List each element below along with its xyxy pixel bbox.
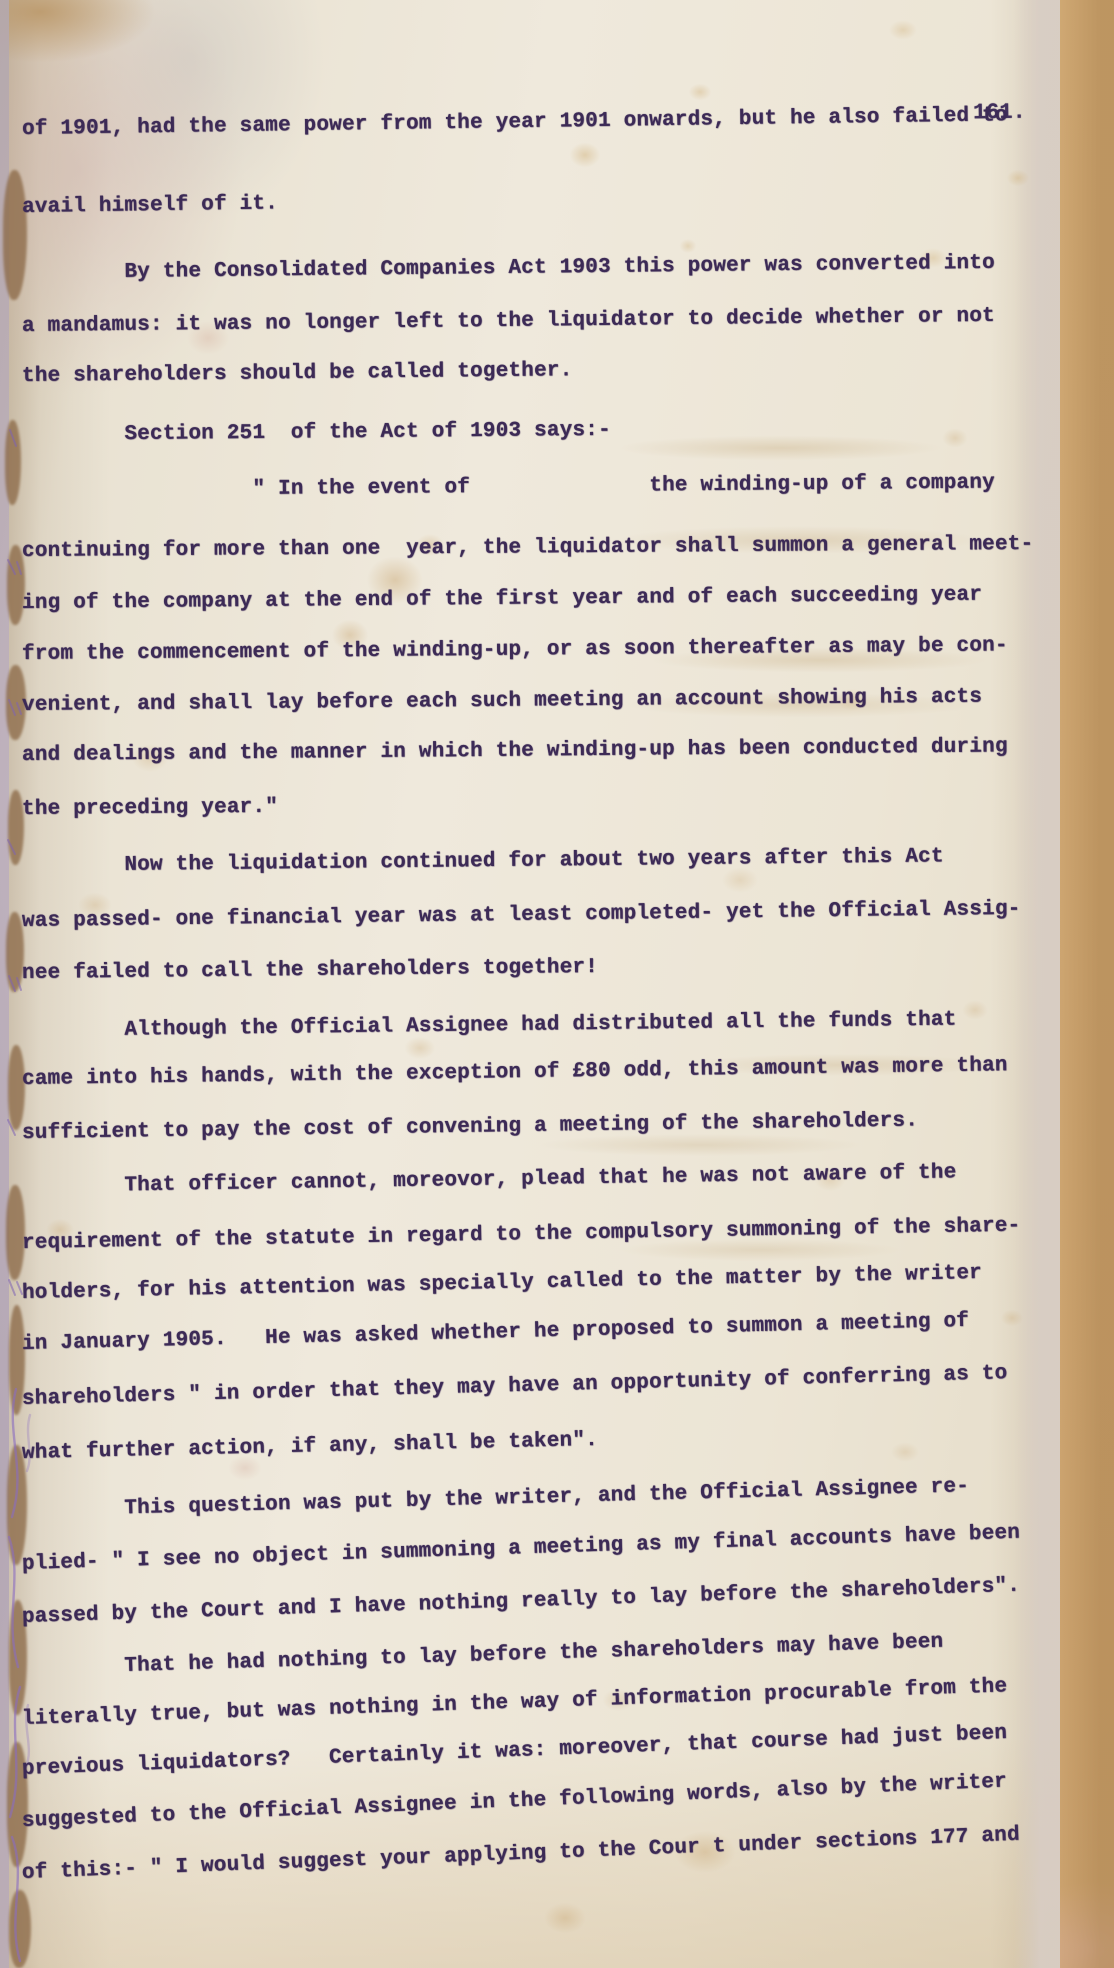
typewritten-line: Section 251 of the Act of 1903 says:- xyxy=(22,419,611,447)
typewritten-line: nee failed to call the shareholders toge… xyxy=(22,956,598,985)
typewritten-line: That he had nothing to lay before the sh… xyxy=(22,1631,944,1681)
typewritten-line: a mandamus: it was no longer left to the… xyxy=(22,305,995,338)
document-page: 161. of 1901, had the same power from th… xyxy=(0,0,1060,1968)
typewritten-line: sufficient to pay the cost of convening … xyxy=(22,1109,918,1145)
typewritten-line: was passed- one financial year was at le… xyxy=(22,898,1021,933)
tear-mark xyxy=(9,1890,31,1968)
typewritten-line: requirement of the statute in regard to … xyxy=(22,1215,1021,1255)
typewritten-line: of 1901, had the same power from the yea… xyxy=(22,104,1008,141)
typewritten-line: venient, and shall lay before each such … xyxy=(22,686,982,717)
typewritten-line: previous liquidators? Certainly it was: … xyxy=(22,1722,1008,1781)
tear-mark xyxy=(5,420,21,505)
typewritten-line: That officer cannot, moreovor, plead tha… xyxy=(22,1161,957,1199)
typewritten-line: shareholders " in order that they may ha… xyxy=(22,1362,1008,1411)
typewritten-line: " In the event of the winding-up of a co… xyxy=(22,472,995,503)
typewritten-line: holders, for his attention was specially… xyxy=(22,1262,982,1305)
typewritten-line: came into his hands, with the exception … xyxy=(22,1054,1008,1091)
typewritten-line: literally true, but was nothing in the w… xyxy=(22,1675,1008,1731)
binding-edge xyxy=(0,0,9,1968)
typewritten-line: avail himself of it. xyxy=(22,192,278,219)
typewritten-line: of this:- " I would suggest your applyin… xyxy=(22,1824,1021,1885)
typewritten-line: the shareholders should be called togeth… xyxy=(22,359,573,388)
typewritten-line: from the commencement of the winding-up,… xyxy=(22,634,1008,666)
typewritten-line: in January 1905. He was asked whether he… xyxy=(22,1310,970,1356)
typewritten-line: suggested to the Official Assignee in th… xyxy=(22,1770,1008,1833)
typewritten-line: continuing for more than one year, the l… xyxy=(22,533,1034,563)
typewritten-line: and dealings and the manner in which the… xyxy=(22,735,1008,767)
typewritten-line: plied- " I see no object in summoning a … xyxy=(22,1522,1021,1576)
typewritten-line: the preceding year." xyxy=(22,796,278,821)
typewritten-line: Although the Official Assignee had distr… xyxy=(22,1009,957,1043)
typewritten-line: passed by the Court and I have nothing r… xyxy=(22,1575,1021,1629)
typewritten-line: what further action, if any, shall be ta… xyxy=(22,1429,598,1465)
typewritten-line: By the Consolidated Companies Act 1903 t… xyxy=(22,252,995,285)
typewritten-line: This question was put by the writer, and… xyxy=(22,1475,970,1523)
typewritten-line: ing of the company at the end of the fir… xyxy=(22,584,982,615)
typewritten-line: Now the liquidation continued for about … xyxy=(22,845,944,878)
scanned-document-screenshot: { "meta": { "ink_color": "#3c2a56", "pap… xyxy=(0,0,1114,1968)
